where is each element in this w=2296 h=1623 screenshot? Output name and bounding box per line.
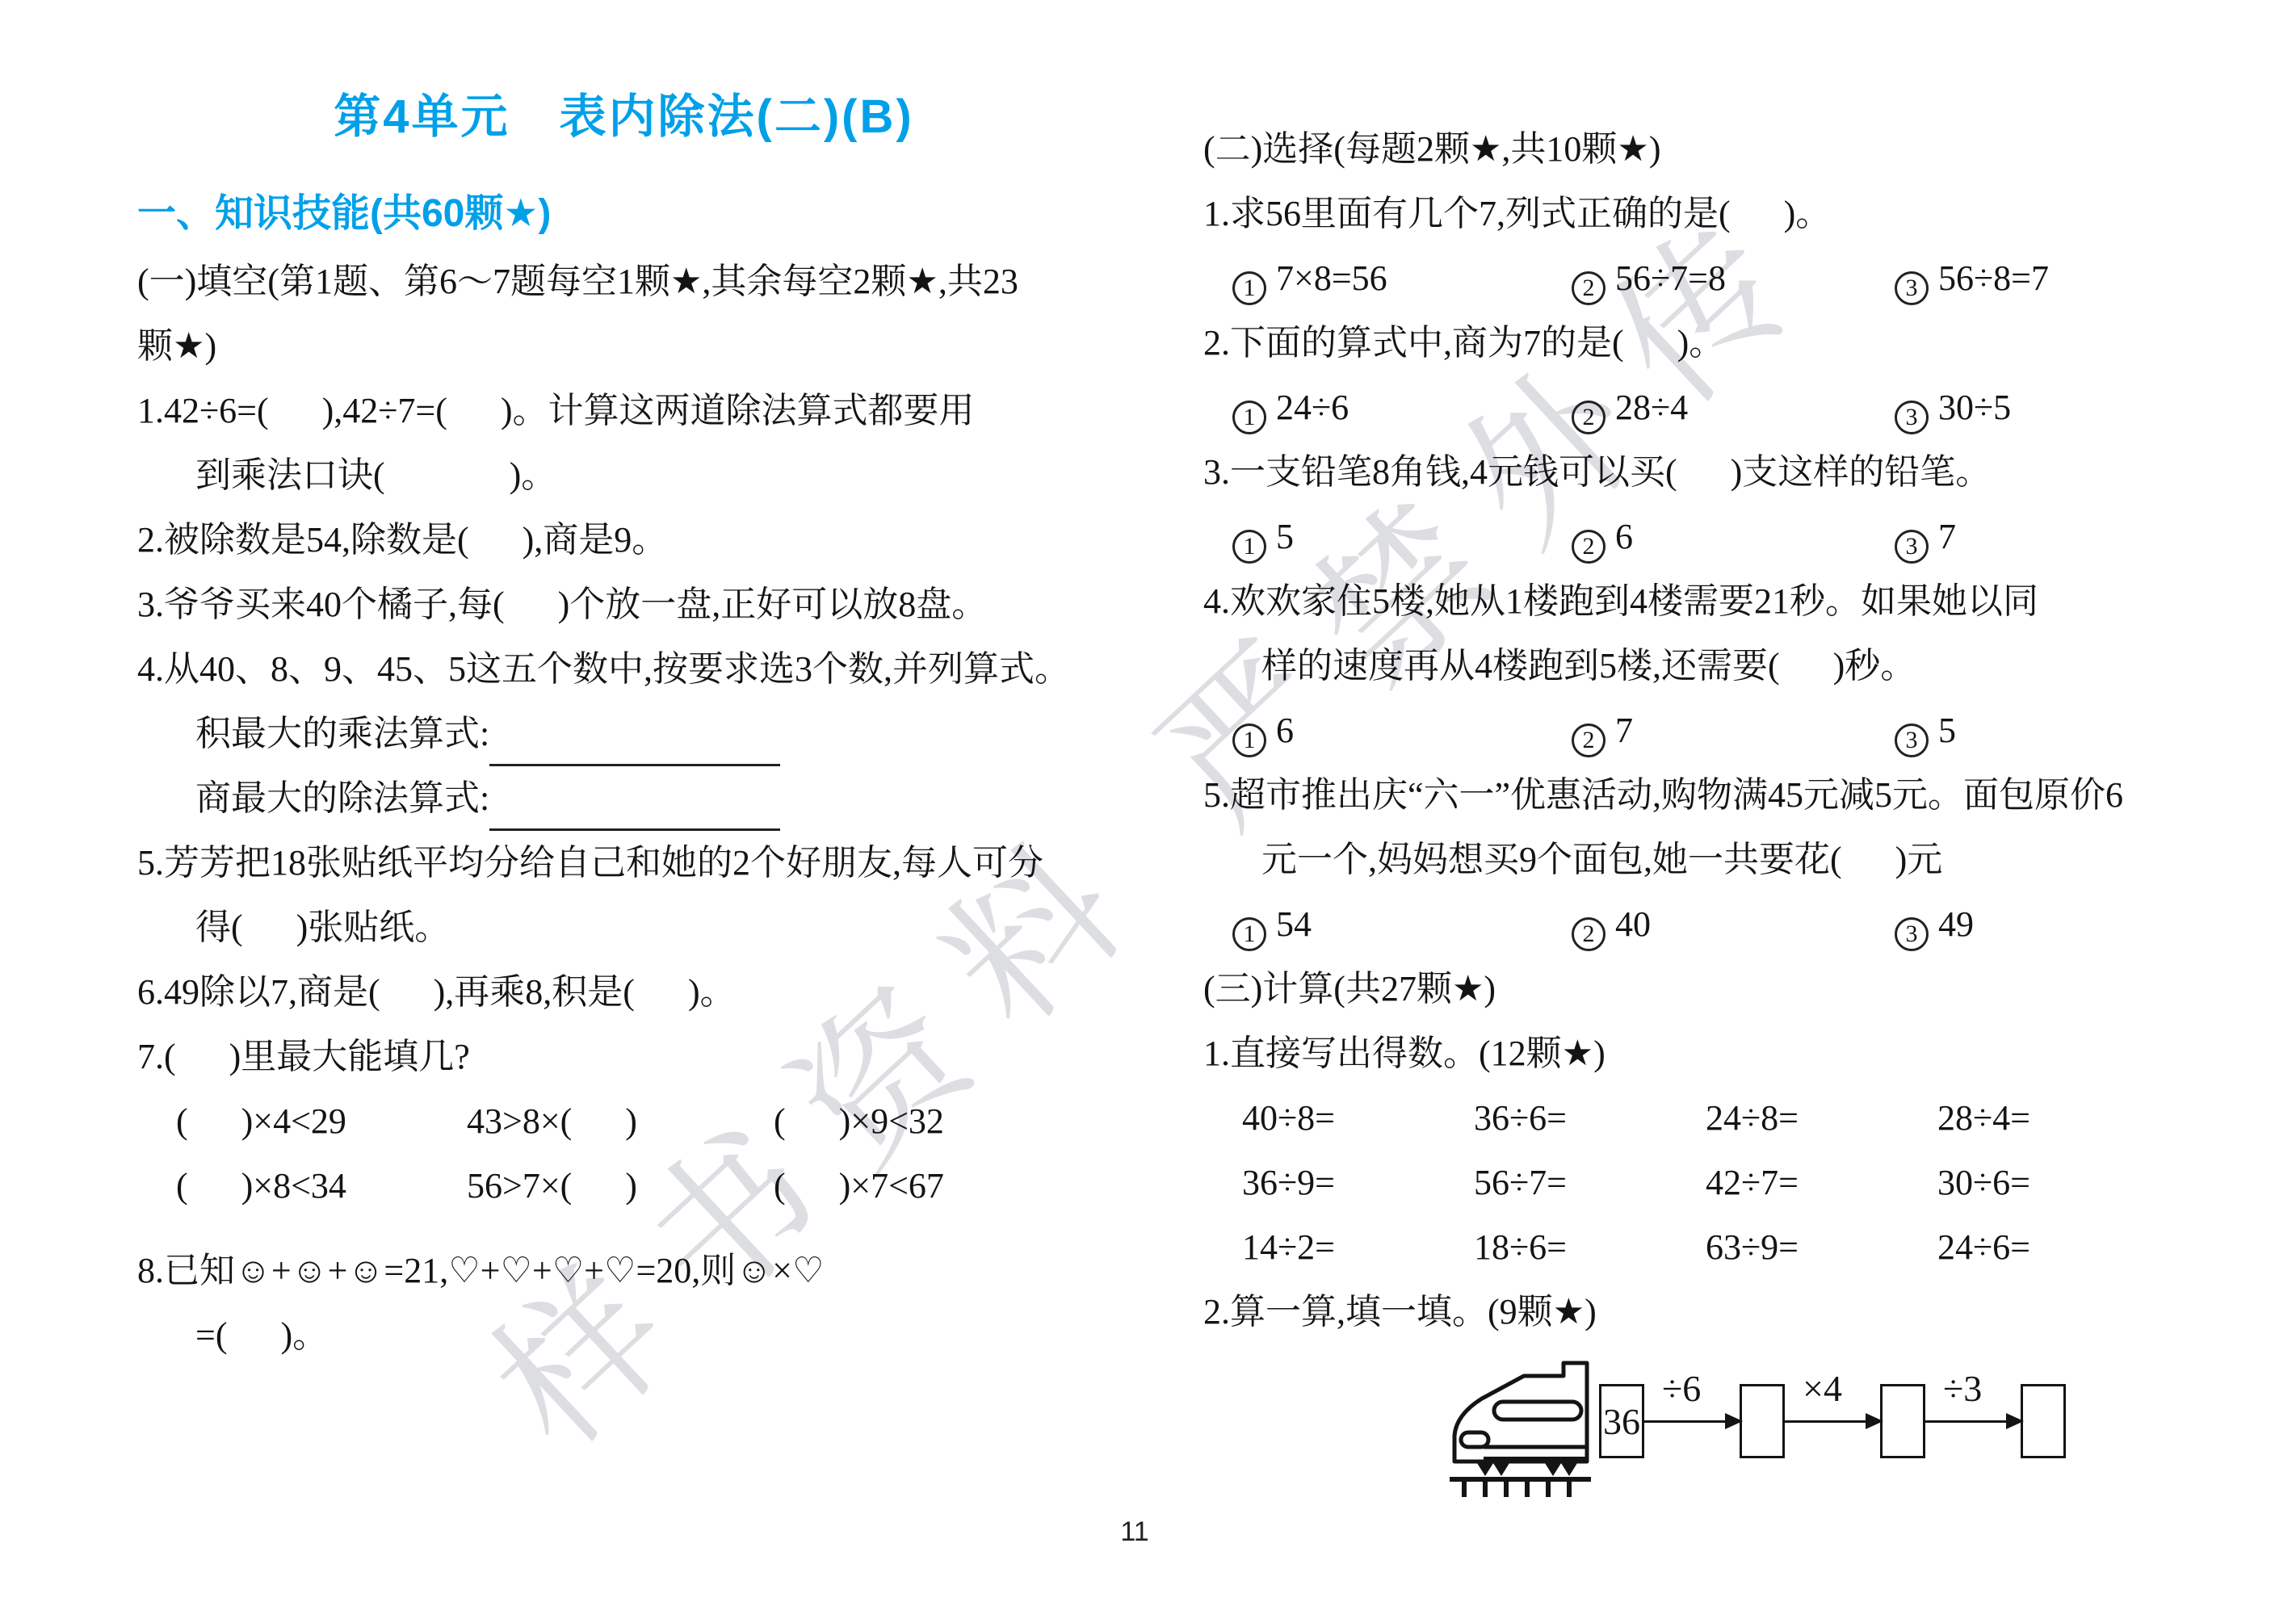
fill-question-8-line1: 8.已知☺+☺+☺=21,♡+♡+♡+♡=20,则☺×♡ — [137, 1239, 1110, 1303]
option-text: 49 — [1938, 904, 1974, 944]
choice-question-5-line1: 5.超市推出庆“六一”优惠活动,购物满45元减5元。面包原价6 — [1203, 763, 2201, 828]
flow-arrow-1: ÷6 — [1644, 1420, 1740, 1423]
max-product-label: 积最大的乘法算式: — [195, 714, 489, 753]
option-text: 7×8=56 — [1276, 258, 1387, 298]
fill-section-heading-line1: (一)填空(第1题、第6～7题每空1颗★,其余每空2颗★,共23 — [137, 250, 1110, 314]
inequality-item: ( )×7<67 — [774, 1154, 944, 1218]
fill-question-7-row2: ( )×8<34 56>7×( ) ( )×7<67 — [137, 1154, 1110, 1218]
circled-number: 3 — [1895, 271, 1929, 305]
left-column: 第4单元 表内除法(二)(B) 一、知识技能(共60颗★) (一)填空(第1题、… — [137, 77, 1110, 1368]
calc-item: 18÷6= — [1474, 1215, 1706, 1280]
calc-item: 30÷6= — [1937, 1151, 2131, 1215]
calc-question-1-heading: 1.直接写出得数。(12颗★) — [1203, 1021, 2201, 1086]
flow-box-1 — [1740, 1384, 1785, 1458]
option: 256÷7=8 — [1572, 246, 1895, 311]
option-text: 24÷6 — [1276, 388, 1349, 427]
circled-number: 1 — [1232, 271, 1266, 305]
calc-item: 36÷6= — [1474, 1086, 1706, 1151]
choice-question-2-options: 124÷6 228÷4 330÷5 — [1203, 375, 2201, 440]
fill-section-heading-line2: 颗★) — [137, 314, 1110, 379]
fill-question-1-line2: 到乘法口诀( )。 — [137, 443, 1110, 508]
choice-question-3: 3.一支铅笔8角钱,4元钱可以买( )支这样的铅笔。 — [1203, 440, 2201, 505]
section-heading-knowledge: 一、知识技能(共60颗★) — [137, 178, 1110, 250]
inequality-item: ( )×9<32 — [774, 1089, 944, 1154]
circled-number: 3 — [1895, 723, 1929, 757]
circled-number: 2 — [1572, 271, 1606, 305]
choice-question-5-line2: 元一个,妈妈想买9个面包,她一共要花( )元 — [1203, 828, 2201, 892]
circled-number: 3 — [1895, 401, 1929, 434]
choice-question-3-options: 15 26 37 — [1203, 505, 2201, 569]
choice-question-4-line2: 样的速度再从4楼跑到5楼,还需要( )秒。 — [1203, 634, 2201, 698]
calc-question-2-heading: 2.算一算,填一填。(9颗★) — [1203, 1280, 2201, 1344]
option-text: 5 — [1938, 711, 1956, 750]
fill-question-4: 4.从40、8、9、45、5这五个数中,按要求选3个数,并列算式。 — [137, 637, 1110, 702]
choice-question-1-options: 17×8=56 256÷7=8 356÷8=7 — [1203, 246, 2201, 311]
calc-item: 24÷6= — [1937, 1215, 2131, 1280]
choice-question-2: 2.下面的算式中,商为7的是( )。 — [1203, 311, 2201, 375]
circled-number: 2 — [1572, 917, 1606, 951]
option: 37 — [1895, 505, 1956, 569]
option: 228÷4 — [1572, 375, 1895, 440]
flow-arrow-2: ×4 — [1785, 1420, 1880, 1423]
option: 349 — [1895, 892, 1974, 957]
inequality-item: ( )×8<34 — [176, 1154, 467, 1218]
fill-question-5-line1: 5.芳芳把18张贴纸平均分给自己和她的2个好朋友,每人可分 — [137, 831, 1110, 895]
calc-item: 14÷2= — [1242, 1215, 1474, 1280]
choice-question-1: 1.求56里面有几个7,列式正确的是( )。 — [1203, 182, 2201, 246]
option-text: 30÷5 — [1938, 388, 2011, 427]
circled-number: 3 — [1895, 530, 1929, 564]
flow-box-3 — [2021, 1384, 2066, 1458]
calc-item: 24÷8= — [1706, 1086, 1937, 1151]
calc-item: 56÷7= — [1474, 1151, 1706, 1215]
fill-question-7: 7.( )里最大能填几? — [137, 1025, 1110, 1089]
circled-number: 3 — [1895, 917, 1929, 951]
flow-box-2 — [1880, 1384, 1925, 1458]
circled-number: 1 — [1232, 530, 1266, 564]
circled-number: 2 — [1572, 723, 1606, 757]
option: 154 — [1232, 892, 1572, 957]
circled-number: 1 — [1232, 917, 1266, 951]
option: 124÷6 — [1232, 375, 1572, 440]
option: 17×8=56 — [1232, 246, 1572, 311]
calc-item: 63÷9= — [1706, 1215, 1937, 1280]
answer-blank — [489, 786, 780, 831]
option-text: 40 — [1615, 904, 1651, 944]
fill-question-6: 6.49除以7,商是( ),再乘8,积是( )。 — [137, 960, 1110, 1025]
circled-number: 2 — [1572, 401, 1606, 434]
option: 15 — [1232, 505, 1572, 569]
inequality-item: ( )×4<29 — [176, 1089, 467, 1154]
fill-question-4-sub1: 积最大的乘法算式: — [137, 702, 1110, 766]
max-quotient-label: 商最大的除法算式: — [195, 778, 489, 818]
answer-blank — [489, 722, 780, 766]
number-chain-diagram: 36 ÷6 ×4 ÷3 — [1450, 1336, 2066, 1506]
option-text: 28÷4 — [1615, 388, 1688, 427]
train-icon — [1450, 1340, 1591, 1502]
option-text: 7 — [1615, 711, 1633, 750]
calc-item: 40÷8= — [1242, 1086, 1474, 1151]
option: 330÷5 — [1895, 375, 2011, 440]
flow-box-start: 36 — [1599, 1384, 1644, 1458]
fill-question-8-line2: =( )。 — [137, 1303, 1110, 1368]
worksheet-page: 样书资料 严禁外传 第4单元 表内除法(二)(B) 一、知识技能(共60颗★) … — [0, 0, 2296, 1623]
calc-grid: 40÷8= 36÷6= 24÷8= 28÷4= 36÷9= 56÷7= 42÷7… — [1203, 1086, 2201, 1280]
option: 356÷8=7 — [1895, 246, 2049, 311]
inequality-item: 56>7×( ) — [467, 1154, 774, 1218]
option-text: 5 — [1276, 517, 1294, 556]
fill-question-2: 2.被除数是54,除数是( ),商是9。 — [137, 508, 1110, 572]
fill-question-5-line2: 得( )张贴纸。 — [137, 895, 1110, 960]
choice-question-4-line1: 4.欢欢家住5楼,她从1楼跑到4楼需要21秒。如果她以同 — [1203, 569, 2201, 634]
option-text: 6 — [1615, 517, 1633, 556]
option-text: 56÷7=8 — [1615, 258, 1726, 298]
circled-number: 1 — [1232, 401, 1266, 434]
option: 26 — [1572, 505, 1895, 569]
option-text: 54 — [1276, 904, 1312, 944]
fill-question-3: 3.爷爷买来40个橘子,每( )个放一盘,正好可以放8盘。 — [137, 572, 1110, 637]
page-number: 11 — [1054, 1516, 1215, 1548]
flow-op-3: ÷3 — [1943, 1367, 1982, 1410]
option: 16 — [1232, 698, 1572, 763]
circled-number: 1 — [1232, 723, 1266, 757]
option: 27 — [1572, 698, 1895, 763]
choice-question-4-options: 16 27 35 — [1203, 698, 2201, 763]
circled-number: 2 — [1572, 530, 1606, 564]
flow-op-2: ×4 — [1803, 1367, 1842, 1410]
fill-question-4-sub2: 商最大的除法算式: — [137, 766, 1110, 831]
calc-item: 28÷4= — [1937, 1086, 2131, 1151]
flow-op-1: ÷6 — [1662, 1367, 1701, 1410]
choice-section-heading: (二)选择(每题2颗★,共10颗★) — [1203, 117, 2201, 182]
option: 35 — [1895, 698, 1956, 763]
calc-section-heading: (三)计算(共27颗★) — [1203, 957, 2201, 1021]
right-column: (二)选择(每题2颗★,共10颗★) 1.求56里面有几个7,列式正确的是( )… — [1203, 117, 2201, 1344]
fill-question-7-row1: ( )×4<29 43>8×( ) ( )×9<32 — [137, 1089, 1110, 1154]
option-text: 6 — [1276, 711, 1294, 750]
fill-question-1-line1: 1.42÷6=( ),42÷7=( )。计算这两道除法算式都要用 — [137, 379, 1110, 443]
option: 240 — [1572, 892, 1895, 957]
choice-question-5-options: 154 240 349 — [1203, 892, 2201, 957]
calc-item: 42÷7= — [1706, 1151, 1937, 1215]
inequality-item: 43>8×( ) — [467, 1089, 774, 1154]
option-text: 7 — [1938, 517, 1956, 556]
flow-arrow-3: ÷3 — [1925, 1420, 2021, 1423]
calc-item: 36÷9= — [1242, 1151, 1474, 1215]
page-title: 第4单元 表内除法(二)(B) — [137, 77, 1110, 157]
option-text: 56÷8=7 — [1938, 258, 2049, 298]
